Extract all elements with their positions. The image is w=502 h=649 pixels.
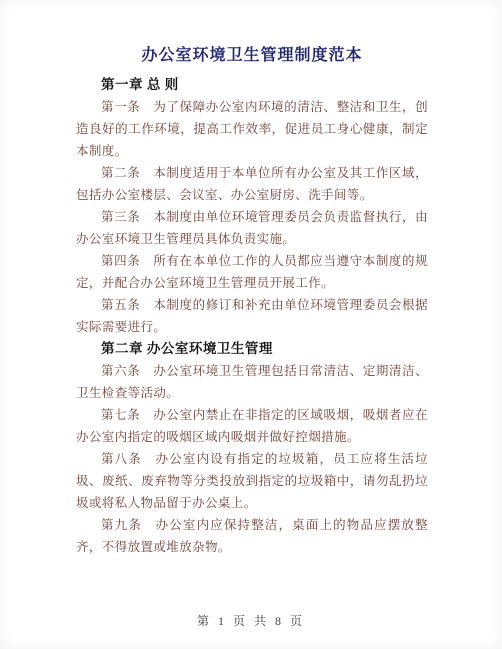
article-paragraph: 第九条 办公室内应保持整洁，桌面上的物品应摆放整齐，不得放置或堆放杂物。 — [76, 514, 428, 558]
article-paragraph: 第三条 本制度由单位环境管理委员会负责监督执行，由办公室环境卫生管理员具体负责实… — [76, 206, 428, 250]
article-paragraph: 第二条 本制度适用于本单位所有办公室及其工作区域，包括办公室楼层、会议室、办公室… — [76, 162, 428, 206]
document-title: 办公室环境卫生管理制度范本 — [76, 44, 428, 68]
article-paragraph: 第七条 办公室内禁止在非指定的区域吸烟，吸烟者应在办公室内指定的吸烟区域内吸烟并… — [76, 404, 428, 448]
document-page: 办公室环境卫生管理制度范本 第一章 总 则第一条 为了保障办公室内环境的清洁、整… — [0, 0, 502, 649]
article-paragraph: 第八条 办公室内设有指定的垃圾箱，员工应将生活垃圾、废纸、废弃物等分类投放到指定… — [76, 448, 428, 514]
chapter-heading: 第一章 总 则 — [76, 74, 428, 96]
page-number-footer: 第 1 页 共 8 页 — [0, 612, 502, 629]
article-paragraph: 第一条 为了保障办公室内环境的清洁、整洁和卫生，创造良好的工作环境，提高工作效率… — [76, 96, 428, 162]
article-paragraph: 第六条 办公室环境卫生管理包括日常清洁、定期清洁、卫生检查等活动。 — [76, 360, 428, 404]
chapter-heading: 第二章 办公室环境卫生管理 — [76, 338, 428, 360]
article-paragraph: 第四条 所有在本单位工作的人员都应当遵守本制度的规定，并配合办公室环境卫生管理员… — [76, 250, 428, 294]
document-body: 第一章 总 则第一条 为了保障办公室内环境的清洁、整洁和卫生，创造良好的工作环境… — [76, 74, 428, 558]
article-paragraph: 第五条 本制度的修订和补充由单位环境管理委员会根据实际需要进行。 — [76, 294, 428, 338]
